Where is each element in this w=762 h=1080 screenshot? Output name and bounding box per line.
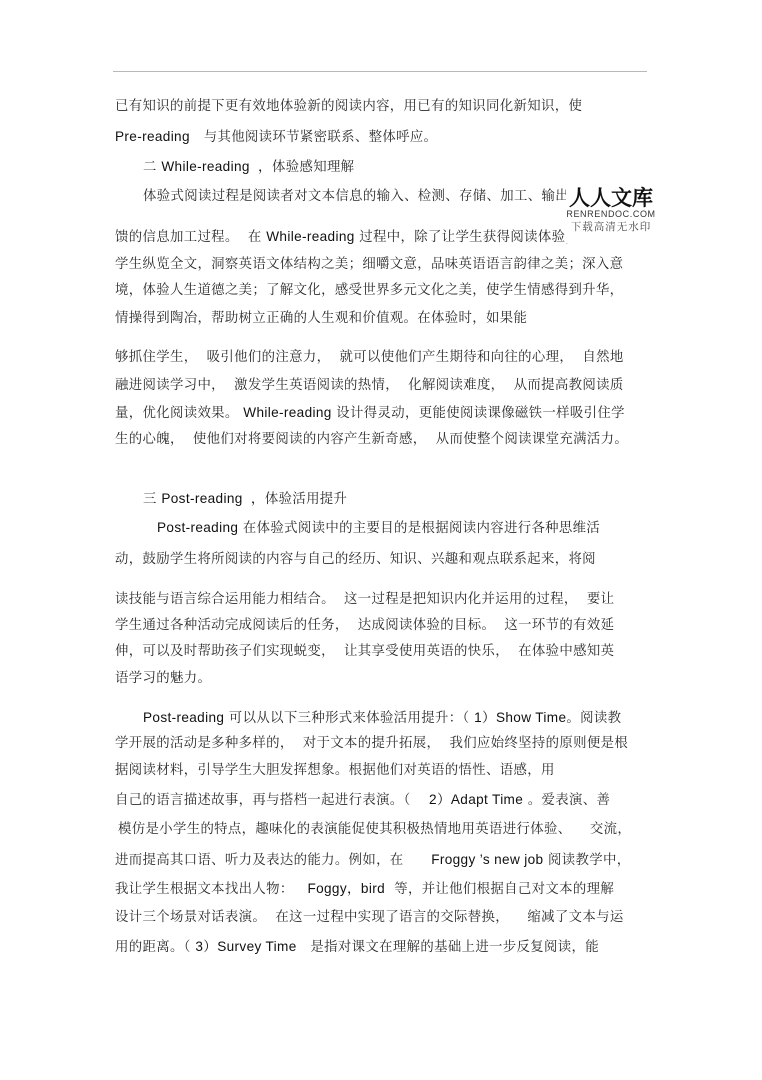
text-segment: 自己的语言描述故事，再与搭档一起进行表演。（ (115, 793, 429, 808)
text-segment: 等，并让他们根据自己对文本的理解 (385, 882, 614, 897)
text-segment: 学开展的活动是多种多样的， 对于文本的提升拓展， 我们应始终坚持的原则便是根 (115, 736, 628, 751)
text-segment: 量，优化阅读效果。 (115, 406, 243, 421)
english-term: Post-reading ， (161, 491, 264, 506)
text-line: 馈的信息加工过程。 在 While-reading 过程中，除了让学生获得阅读体… (115, 229, 620, 246)
text-line: 二 While-reading ，体验感知理解 (143, 159, 354, 176)
text-segment: 语学习的魅力。 (115, 671, 211, 686)
text-segment: 情操得到陶冶，帮助树立正确的人生观和价值观。在体验时，如果能 (115, 311, 527, 326)
text-segment: 可以从以下三种形式来体验活用提升：（ (224, 711, 474, 726)
english-term: Foggy，bird (307, 881, 385, 896)
text-segment: 设计三个场景对话表演。 在这一过程中实现了语言的交际替换， 缩减了文本与运 (115, 910, 624, 925)
text-line: 境，体验人生道德之美；了解文化，感受世界多元文化之美，使学生情感得到升华， (115, 283, 623, 299)
text-line: 学开展的活动是多种多样的， 对于文本的提升拓展， 我们应始终坚持的原则便是根 (115, 736, 628, 752)
text-segment: 三 (143, 492, 161, 507)
text-segment: 据阅读材料，引导学生大胆发挥想象。根据他们对英语的悟性、语感，用 (115, 763, 555, 778)
text-segment: 够抓住学生， 吸引他们的注意力， 就可以使他们产生期待和向往的心理， 自然地 (115, 350, 624, 365)
text-line: 学生纵览全文，洞察英语文体结构之美；细嚼文意，品味英语语言韵律之美；深入意 (115, 257, 623, 273)
text-line: Post-reading 在体验式阅读中的主要目的是根据阅读内容进行各种思维活 (157, 520, 600, 537)
text-segment: 已有知识的前提下更有效地体验新的阅读内容，用已有的知识同化新知识，使 (115, 99, 582, 114)
english-term: 1）Show Time (474, 710, 566, 725)
text-line: 情操得到陶冶，帮助树立正确的人生观和价值观。在体验时，如果能 (115, 311, 527, 327)
text-segment: 我让学生根据文本找出人物： (115, 882, 307, 897)
text-line: 我让学生根据文本找出人物： Foggy，bird 等，并让他们根据自己对文本的理… (115, 881, 614, 898)
text-segment: 模仿是小学生的特点，趣味化的表演能促使其积极热情地用英语进行体验、 交流， (118, 822, 631, 837)
text-segment: 体验感知理解 (272, 160, 354, 175)
watermark-url: RENRENDOC.COM (566, 209, 656, 220)
text-segment: 读技能与语言综合运用能力相结合。 这一过程是把知识内化并运用的过程， 要让 (115, 592, 614, 607)
text-line: 量，优化阅读效果。 While-reading 设计得灵动，更能使阅读课像磁铁一… (115, 405, 625, 422)
text-line: Post-reading 可以从以下三种形式来体验活用提升：（ 1）Show T… (143, 710, 621, 727)
text-segment: 生的心魄， 使他们对将要阅读的内容产生新奇感， 从而使整个阅读课堂充满活力。 (115, 432, 628, 447)
english-term: 3）Survey Time (195, 939, 296, 954)
text-segment: 阅读教学中， (543, 853, 630, 868)
english-term: Pre-reading (115, 129, 190, 144)
english-term: Post-reading (157, 520, 238, 535)
text-segment: 用的距离。（ (115, 940, 195, 955)
text-line: Pre-reading 与其他阅读环节紧密联系、整体呼应。 (115, 129, 437, 146)
text-line: 伸，可以及时帮助孩子们实现蜕变， 让其享受使用英语的快乐， 在体验中感知英 (115, 644, 614, 660)
text-segment: 动，鼓励学生将所阅读的内容与自己的经历、知识、兴趣和观点联系起来，将阅 (115, 552, 596, 567)
text-line: 自己的语言描述故事，再与搭档一起进行表演。（ 2）Adapt Time 。爱表演… (115, 792, 610, 809)
text-line: 融进阅读学习中， 激发学生英语阅读的热情， 化解阅读难度， 从而提高教阅读质 (115, 378, 624, 394)
text-line: 生的心魄， 使他们对将要阅读的内容产生新奇感， 从而使整个阅读课堂充满活力。 (115, 432, 628, 448)
text-segment: 设计得灵动，更能使阅读课像磁铁一样吸引住学 (332, 406, 625, 421)
text-segment: 体验式阅读过程是阅读者对文本信息的输入、检测、存储、加工、输出和反 (143, 189, 596, 204)
text-segment: 境，体验人生道德之美；了解文化，感受世界多元文化之美，使学生情感得到升华， (115, 283, 623, 298)
header-rule (113, 71, 647, 72)
text-segment: 。阅读教 (566, 711, 621, 726)
text-line: 动，鼓励学生将所阅读的内容与自己的经历、知识、兴趣和观点联系起来，将阅 (115, 552, 596, 568)
text-line: 学生通过各种活动完成阅读后的任务， 达成阅读体验的目标。 这一环节的有效延 (115, 618, 614, 634)
text-line: 已有知识的前提下更有效地体验新的阅读内容，用已有的知识同化新知识，使 (115, 99, 582, 115)
english-term: Post-reading (143, 710, 224, 725)
text-line: 用的距离。（ 3）Survey Time 是指对课文在理解的基础上进一步反复阅读… (115, 939, 599, 956)
text-segment: 与其他阅读环节紧密联系、整体呼应。 (190, 130, 437, 145)
text-segment: 融进阅读学习中， 激发学生英语阅读的热情， 化解阅读难度， 从而提高教阅读质 (115, 378, 624, 393)
watermark-subtitle: 下载高清无水印 (566, 220, 656, 234)
text-segment: 体验活用提升 (265, 492, 347, 507)
english-term: While-reading (266, 229, 354, 244)
text-line: 语学习的魅力。 (115, 671, 211, 687)
text-line: 体验式阅读过程是阅读者对文本信息的输入、检测、存储、加工、输出和反 (143, 189, 596, 205)
english-term: While-reading (243, 405, 331, 420)
text-line: 读技能与语言综合运用能力相结合。 这一过程是把知识内化并运用的过程， 要让 (115, 592, 614, 608)
english-term: 2）Adapt Time (429, 792, 523, 807)
watermark-logo: 人人文库 RENRENDOC.COM 下载高清无水印 (566, 187, 656, 243)
english-term: While-reading ， (161, 159, 272, 174)
text-line: 够抓住学生， 吸引他们的注意力， 就可以使他们产生期待和向往的心理， 自然地 (115, 350, 624, 366)
text-line: 设计三个场景对话表演。 在这一过程中实现了语言的交际替换， 缩减了文本与运 (115, 910, 624, 926)
text-segment: 馈的信息加工过程。 在 (115, 230, 266, 245)
text-segment: 在体验式阅读中的主要目的是根据阅读内容进行各种思维活 (238, 521, 600, 536)
text-segment: 。爱表演、善 (523, 793, 610, 808)
english-term: Froggy ’s new job (431, 852, 543, 867)
text-segment: 是指对课文在理解的基础上进一步反复阅读，能 (297, 940, 599, 955)
text-line: 进而提高其口语、听力及表达的能力。例如，在 Froggy ’s new job … (115, 852, 631, 869)
text-segment: 伸，可以及时帮助孩子们实现蜕变， 让其享受使用英语的快乐， 在体验中感知英 (115, 644, 614, 659)
text-segment: 进而提高其口语、听力及表达的能力。例如，在 (115, 853, 431, 868)
text-segment: 学生纵览全文，洞察英语文体结构之美；细嚼文意，品味英语语言韵律之美；深入意 (115, 257, 623, 272)
text-segment: 学生通过各种活动完成阅读后的任务， 达成阅读体验的目标。 这一环节的有效延 (115, 618, 614, 633)
text-line: 据阅读材料，引导学生大胆发挥想象。根据他们对英语的悟性、语感，用 (115, 763, 555, 779)
text-line: 模仿是小学生的特点，趣味化的表演能促使其积极热情地用英语进行体验、 交流， (118, 822, 631, 838)
watermark-title: 人人文库 (566, 187, 656, 209)
text-segment: 二 (143, 160, 161, 175)
text-line: 三 Post-reading ，体验活用提升 (143, 491, 347, 508)
